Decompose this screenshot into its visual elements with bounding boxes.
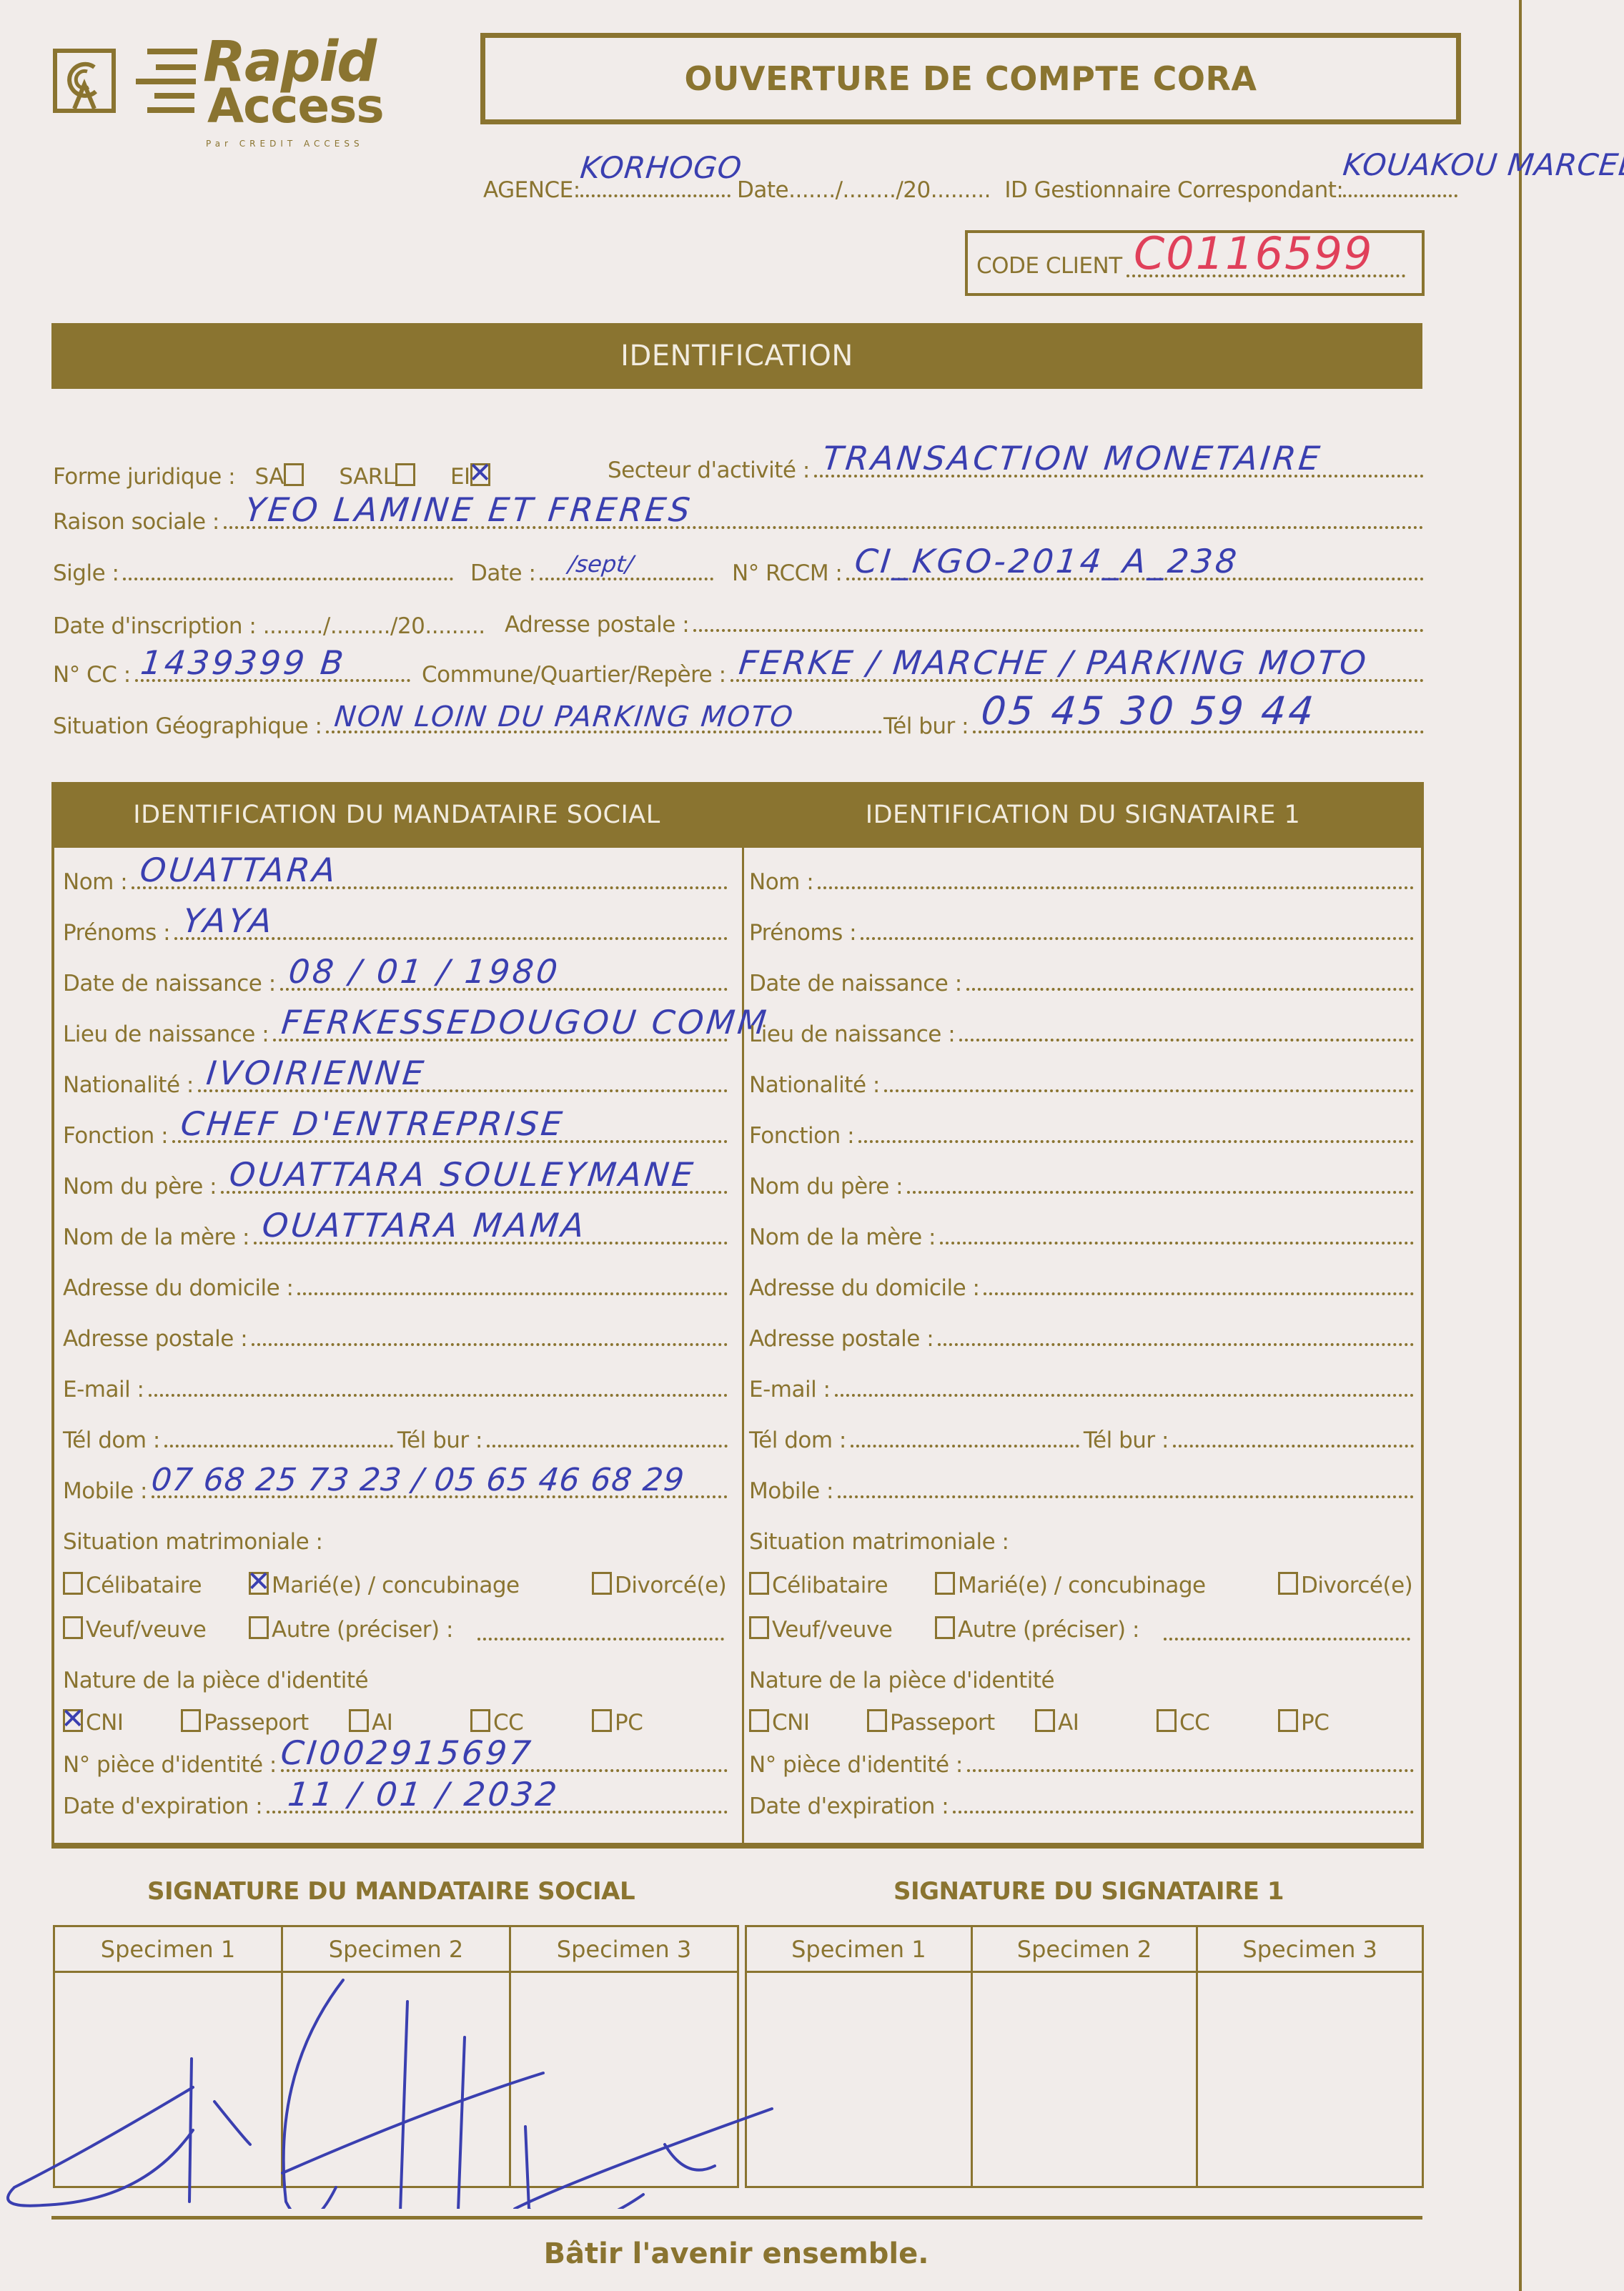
forme-juridique-label: Forme juridique : <box>53 464 235 490</box>
mandataire-field-input[interactable]: IVOIRIENNE <box>198 1089 728 1092</box>
signataire-field-input[interactable] <box>835 1394 1415 1397</box>
signataire-field-input[interactable] <box>818 886 1414 889</box>
signataire-tel-bur-field[interactable] <box>1173 1445 1414 1448</box>
mandataire-expiration-field[interactable]: 11 / 01 / 2032 <box>267 1811 728 1813</box>
mandataire-tel-dom-field[interactable] <box>164 1445 393 1448</box>
mandataire-field-row: Adresse postale : <box>63 1326 728 1352</box>
signataire-field-label: Lieu de naissance : <box>749 1021 955 1047</box>
mandataire-situation-option[interactable]: Divorcé(e) <box>592 1572 726 1598</box>
mandataire-situation-label: Situation matrimoniale : <box>63 1529 322 1555</box>
mandataire-expiration-row: Date d'expiration : 11 / 01 / 2032 <box>63 1793 728 1819</box>
signataire-num-piece-field[interactable] <box>967 1769 1414 1772</box>
signataire-field-row: Nationalité : <box>749 1072 1414 1098</box>
mandataire-situation-option[interactable]: Marié(e) / concubinage <box>249 1572 520 1598</box>
sigle-field[interactable] <box>123 578 453 580</box>
signataire-field-row: Lieu de naissance : <box>749 1021 1414 1047</box>
signature-mandataire-title: SIGNATURE DU MANDATAIRE SOCIAL <box>147 1877 635 1906</box>
signataire-num-piece-row: N° pièce d'identité : <box>749 1752 1414 1778</box>
ncc-label: N° CC : <box>53 662 131 688</box>
signataire-num-piece-label: N° pièce d'identité : <box>749 1752 963 1778</box>
adresse-postale-field[interactable] <box>693 629 1424 632</box>
forme-option-sa[interactable]: SA <box>254 464 306 490</box>
commune-value: FERKE / MARCHE / PARKING MOTO <box>737 643 1370 682</box>
signataire-situation-row-2: Veuf/veuveAutre (préciser) : <box>749 1616 1414 1645</box>
signature-strokes <box>0 1966 786 2209</box>
signataire-field-label: Fonction : <box>749 1123 854 1149</box>
signature-signataire-title: SIGNATURE DU SIGNATAIRE 1 <box>893 1877 1284 1906</box>
tel-bur-row: Tél bur : 05 45 30 59 44 <box>883 713 1424 739</box>
checkbox-icon[interactable] <box>1157 1709 1177 1732</box>
mandataire-field-input[interactable] <box>252 1343 728 1346</box>
signataire-field-row: Nom du père : <box>749 1174 1414 1199</box>
mandataire-field-row: Fonction : CHEF D'ENTREPRISE <box>63 1123 728 1149</box>
mandataire-autre-field[interactable] <box>477 1638 724 1641</box>
signataire-field-label: Nom de la mère : <box>749 1224 936 1250</box>
ncc-row: N° CC : 1439399 B <box>53 662 410 688</box>
mandataire-field-input[interactable] <box>297 1292 728 1295</box>
adresse-postale-label: Adresse postale : <box>505 612 689 638</box>
mandataire-tel-bur-field[interactable] <box>487 1445 728 1448</box>
checkbox-icon[interactable] <box>749 1616 769 1639</box>
agence-label: AGENCE: <box>483 177 580 203</box>
form-title: OUVERTURE DE COMPTE CORA <box>684 59 1257 98</box>
mandataire-field-input[interactable]: OUATTARA <box>132 886 728 889</box>
specimen-box-3[interactable] <box>1197 1972 1423 2187</box>
mandataire-title: IDENTIFICATION DU MANDATAIRE SOCIAL <box>51 782 742 848</box>
mandataire-field-value: 08 / 01 / 1980 <box>287 952 562 991</box>
signataire-tel-row: Tél dom : Tél bur : <box>749 1427 1414 1453</box>
rccm-value: CI_KGO-2014_A_238 <box>853 542 1242 580</box>
mandataire-field-value: IVOIRIENNE <box>204 1054 428 1092</box>
signataire-field-row: Date de naissance : <box>749 971 1414 996</box>
commune-label: Commune/Quartier/Repère : <box>422 662 726 688</box>
signataire-piece-row: CNIPasseportAICCPC <box>749 1709 1414 1738</box>
checkbox-icon[interactable] <box>249 1572 269 1595</box>
mandataire-field-label: Nom : <box>63 869 127 895</box>
mandataire-tel-bur-label: Tél bur : <box>397 1427 482 1453</box>
signataire-situation-label: Situation matrimoniale : <box>749 1529 1009 1555</box>
mandataire-field-value: FERKESSEDOUGOU COMM <box>279 1003 771 1041</box>
sigle-label: Sigle : <box>53 560 119 586</box>
footer-divider <box>51 2216 1422 2220</box>
mandataire-field-row: E-mail : <box>63 1377 728 1402</box>
mandataire-situation-option[interactable]: Veuf/veuve <box>63 1616 206 1643</box>
situation-geo-value: NON LOIN DU PARKING MOTO <box>333 701 796 733</box>
mandataire-field-value: OUATTARA SOULEYMANE <box>227 1155 698 1194</box>
signataire-tel-bur-label: Tél bur : <box>1084 1427 1169 1453</box>
mandataire-field-label: Adresse postale : <box>63 1326 247 1352</box>
commune-row: Commune/Quartier/Repère : FERKE / MARCHE… <box>422 662 1424 688</box>
specimen-header-1: Specimen 1 <box>746 1926 972 1972</box>
signataire-field-input[interactable] <box>984 1292 1414 1295</box>
mandataire-mobile-value: 07 68 25 73 23 / 05 65 46 68 29 <box>149 1462 686 1498</box>
date-inscription-field[interactable]: ........./........./20......... <box>263 613 485 639</box>
ncc-field[interactable]: 1439399 B <box>135 679 410 682</box>
checkbox-icon[interactable] <box>1035 1709 1055 1732</box>
mandataire-piece-option[interactable]: AI <box>349 1709 392 1736</box>
signataire-field-input[interactable] <box>884 1089 1414 1092</box>
mandataire-field-row: Lieu de naissance : FERKESSEDOUGOU COMM <box>63 1021 728 1047</box>
signataire-expiration-row: Date d'expiration : <box>749 1793 1414 1819</box>
checkbox-icon[interactable] <box>63 1572 83 1595</box>
tel-bur-value: 05 45 30 59 44 <box>979 688 1319 733</box>
signataire-situation-option[interactable]: Autre (préciser) : <box>935 1616 1139 1643</box>
mandataire-expiration-value: 11 / 01 / 2032 <box>286 1775 561 1813</box>
date-inscription-row: Date d'inscription : ........./.........… <box>53 613 485 639</box>
signataire-field-input[interactable] <box>907 1191 1414 1194</box>
signataire-expiration-field[interactable] <box>953 1811 1414 1813</box>
signataire-field-row: E-mail : <box>749 1377 1414 1402</box>
signataire-situation-row-1: CélibataireMarié(e) / concubinageDivorcé… <box>749 1572 1414 1600</box>
mandataire-field-label: Nationalité : <box>63 1072 194 1098</box>
signataire-field-label: Prénoms : <box>749 920 856 946</box>
agence-row: AGENCE:KORHOGO Date......./......../20..… <box>483 177 1457 203</box>
signataire-mobile-label: Mobile : <box>749 1478 833 1504</box>
mandataire-num-piece-field[interactable]: CI002915697 <box>281 1769 728 1772</box>
mandataire-field-row: Nom : OUATTARA <box>63 869 728 895</box>
signataire-field-input[interactable] <box>938 1343 1414 1346</box>
specimen-header-3: Specimen 3 <box>510 1926 738 1972</box>
forme-juridique-row: Forme juridique : SA SARL EI <box>53 463 493 490</box>
footer-slogan: Bâtir l'avenir ensemble. <box>0 2237 1472 2270</box>
mandataire-situation-option[interactable]: Autre (préciser) : <box>249 1616 453 1643</box>
mandataire-field-input[interactable]: 08 / 01 / 1980 <box>280 988 728 991</box>
forme-option-sarl[interactable]: SARL <box>339 464 417 490</box>
signataire-field-label: Nom du père : <box>749 1174 903 1199</box>
specimen-header-2: Specimen 2 <box>971 1926 1197 1972</box>
signataire-field-input[interactable] <box>940 1242 1414 1245</box>
signataire-piece-option[interactable]: AI <box>1035 1709 1079 1736</box>
mandataire-field-value: YAYA <box>181 901 277 940</box>
signataire-field-row: Fonction : <box>749 1123 1414 1149</box>
mandataire-field-input[interactable]: OUATTARA SOULEYMANE <box>221 1191 728 1194</box>
mandataire-field-value: OUATTARA MAMA <box>260 1206 588 1245</box>
date-field[interactable]: ......./......../20......... <box>788 177 991 203</box>
forme-option-ei[interactable]: EI <box>450 464 493 490</box>
rccm-label: N° RCCM : <box>732 560 842 586</box>
signataire-piece-option[interactable]: CC <box>1157 1709 1209 1736</box>
signataire-field-label: Nom : <box>749 869 813 895</box>
tel-bur-field[interactable]: 05 45 30 59 44 <box>973 731 1424 733</box>
checkbox-icon[interactable] <box>181 1709 201 1732</box>
secteur-field[interactable]: TRANSACTION MONETAIRE <box>814 475 1424 478</box>
signataire-tel-dom-label: Tél dom : <box>749 1427 846 1453</box>
checkbox-icon[interactable] <box>1278 1709 1298 1732</box>
column-divider <box>742 848 744 1843</box>
tel-bur-label: Tél bur : <box>883 713 969 739</box>
checkbox-sa[interactable] <box>284 463 304 486</box>
situation-geo-row: Situation Géographique : NON LOIN DU PAR… <box>53 713 882 739</box>
checkbox-ei[interactable] <box>470 463 490 486</box>
raison-sociale-label: Raison sociale : <box>53 509 219 535</box>
signataire-situation-option[interactable]: Veuf/veuve <box>749 1616 892 1643</box>
checkbox-icon[interactable] <box>349 1709 369 1732</box>
mandataire-field-input[interactable]: CHEF D'ENTREPRISE <box>172 1140 728 1143</box>
mandataire-field-row: Nom du père : OUATTARA SOULEYMANE <box>63 1174 728 1199</box>
signataire-field-input[interactable] <box>959 1039 1414 1041</box>
mandataire-num-piece-row: N° pièce d'identité : CI002915697 <box>63 1752 728 1778</box>
rccm-row: N° RCCM : CI_KGO-2014_A_238 <box>732 560 1424 586</box>
mandataire-field-value: OUATTARA <box>138 851 340 889</box>
logo-subtitle: Par CREDIT ACCESS <box>206 139 364 149</box>
signataire-field-label: E-mail : <box>749 1377 831 1402</box>
gestionnaire-label: ID Gestionnaire Correspondant: <box>1004 177 1343 203</box>
agence-field[interactable]: KORHOGO <box>580 189 731 197</box>
gestionnaire-value: KOUAKOU MARCEL <box>1342 147 1624 182</box>
signataire-field-input[interactable] <box>858 1140 1414 1143</box>
logo-text-access: Access <box>207 79 384 134</box>
mandataire-field-value: CHEF D'ENTREPRISE <box>179 1104 567 1143</box>
code-client-value: C0116599 <box>1134 227 1373 279</box>
mandataire-field-label: Nom du père : <box>63 1174 217 1199</box>
mandataire-field-label: Lieu de naissance : <box>63 1021 269 1047</box>
mandataire-field-label: Nom de la mère : <box>63 1224 249 1250</box>
secteur-label: Secteur d'activité : <box>608 457 810 483</box>
brand-logo: Rapid Access Par CREDIT ACCESS <box>51 34 409 156</box>
secteur-row: Secteur d'activité : TRANSACTION MONETAI… <box>608 457 1424 483</box>
checkbox-icon[interactable] <box>63 1616 83 1639</box>
specimen-header-3: Specimen 3 <box>1197 1926 1423 1972</box>
mandataire-field-row: Nationalité : IVOIRIENNE <box>63 1072 728 1098</box>
secteur-value: TRANSACTION MONETAIRE <box>821 439 1325 478</box>
checkbox-icon[interactable] <box>63 1709 83 1732</box>
signataire-mobile-field[interactable] <box>838 1495 1414 1498</box>
raison-sociale-row: Raison sociale : YEO LAMINE ET FRERES <box>53 509 1424 535</box>
checkbox-icon[interactable] <box>1278 1572 1298 1595</box>
checkbox-icon[interactable] <box>592 1572 612 1595</box>
mandataire-num-piece-label: N° pièce d'identité : <box>63 1752 277 1778</box>
mandataire-mobile-field[interactable]: 07 68 25 73 23 / 05 65 46 68 29 <box>152 1495 728 1498</box>
checkbox-icon[interactable] <box>935 1572 955 1595</box>
ncc-value: 1439399 B <box>139 643 348 682</box>
mandataire-field-label: E-mail : <box>63 1377 144 1402</box>
mandataire-piece-option[interactable]: PC <box>592 1709 643 1736</box>
specimen-header-1: Specimen 1 <box>54 1926 282 1972</box>
mandataire-piece-option[interactable]: CNI <box>63 1709 123 1736</box>
rccm-field[interactable]: CI_KGO-2014_A_238 <box>846 578 1424 580</box>
signataire-tel-dom-field[interactable] <box>851 1445 1079 1448</box>
mandataire-field-label: Date de naissance : <box>63 971 276 996</box>
signataire-field-label: Date de naissance : <box>749 971 962 996</box>
mandataire-situation-row-2: Veuf/veuveAutre (préciser) : <box>63 1616 728 1645</box>
mandataire-field-row: Date de naissance : 08 / 01 / 1980 <box>63 971 728 996</box>
checkbox-icon[interactable] <box>249 1616 269 1639</box>
mandataire-field-row: Nom de la mère : OUATTARA MAMA <box>63 1224 728 1250</box>
signataire-piece-option[interactable]: CNI <box>749 1709 809 1736</box>
date-field-2[interactable]: /sept/ <box>540 578 713 580</box>
mandataire-field-row: Prénoms : YAYA <box>63 920 728 946</box>
signataire-autre-field[interactable] <box>1164 1638 1410 1641</box>
adresse-postale-row: Adresse postale : <box>505 612 1424 638</box>
mandataire-field-input[interactable]: YAYA <box>174 937 728 940</box>
identification-band: IDENTIFICATION <box>51 323 1422 389</box>
signataire-situation-option[interactable]: Divorcé(e) <box>1278 1572 1412 1598</box>
situation-geo-label: Situation Géographique : <box>53 713 322 739</box>
signataire-mobile-row: Mobile : <box>749 1478 1414 1504</box>
mandataire-mobile-label: Mobile : <box>63 1478 147 1504</box>
signataire-field-label: Nationalité : <box>749 1072 880 1098</box>
signataire-situation-option[interactable]: Célibataire <box>749 1572 888 1598</box>
situation-geo-field[interactable]: NON LOIN DU PARKING MOTO <box>326 731 882 733</box>
raison-sociale-value: YEO LAMINE ET FRERES <box>243 490 695 529</box>
code-client-box: CODE CLIENT C0116599 <box>965 230 1425 296</box>
ca-monogram-icon <box>53 49 116 113</box>
date-value-2: /sept/ <box>567 550 635 578</box>
signataire-field-input[interactable] <box>966 988 1414 991</box>
checkbox-sarl[interactable] <box>395 463 415 486</box>
signataire-piece-label: Nature de la pièce d'identité <box>749 1668 1054 1693</box>
checkbox-icon[interactable] <box>592 1709 612 1732</box>
signataire-field-input[interactable] <box>861 937 1414 940</box>
mandataire-piece-option[interactable]: Passeport <box>181 1709 309 1736</box>
mandataire-mobile-row: Mobile : 07 68 25 73 23 / 05 65 46 68 29 <box>63 1478 728 1504</box>
sigle-row: Sigle : <box>53 560 453 586</box>
mandataire-expiration-label: Date d'expiration : <box>63 1793 262 1819</box>
signataire-title: IDENTIFICATION DU SIGNATAIRE 1 <box>742 782 1424 848</box>
date-label: Date <box>737 177 788 203</box>
specimen-box-2[interactable] <box>971 1972 1197 2187</box>
date-inscription-label: Date d'inscription : <box>53 613 256 639</box>
page-margin-line <box>1519 0 1522 2291</box>
mandataire-situation-row-1: CélibataireMarié(e) / concubinageDivorcé… <box>63 1572 728 1600</box>
signataire-field-row: Nom de la mère : <box>749 1224 1414 1250</box>
raison-sociale-field[interactable]: YEO LAMINE ET FRERES <box>224 526 1424 529</box>
signataire-piece-option[interactable]: PC <box>1278 1709 1329 1736</box>
checkbox-icon[interactable] <box>470 1709 490 1732</box>
specimen-table-signataire: Specimen 1 Specimen 2 Specimen 3 <box>745 1925 1424 2188</box>
mandataire-field-row: Adresse du domicile : <box>63 1275 728 1301</box>
code-client-label: CODE CLIENT <box>976 253 1122 279</box>
identification-title: IDENTIFICATION <box>620 340 853 372</box>
signataire-situation-option[interactable]: Marié(e) / concubinage <box>935 1572 1206 1598</box>
signataire-field-label: Adresse postale : <box>749 1326 934 1352</box>
mandataire-field-input[interactable]: FERKESSEDOUGOU COMM <box>273 1039 728 1041</box>
date-row: Date : /sept/ <box>470 560 713 586</box>
gestionnaire-field[interactable]: KOUAKOU MARCEL <box>1343 189 1457 197</box>
date-label-2: Date : <box>470 560 535 586</box>
mandataire-field-label: Fonction : <box>63 1123 168 1149</box>
checkbox-icon[interactable] <box>867 1709 887 1732</box>
mandataire-piece-option[interactable]: CC <box>470 1709 523 1736</box>
signataire-piece-option[interactable]: Passeport <box>867 1709 995 1736</box>
mandataire-field-input[interactable]: OUATTARA MAMA <box>254 1242 728 1245</box>
mandataire-tel-dom-label: Tél dom : <box>63 1427 160 1453</box>
checkbox-icon[interactable] <box>749 1709 769 1732</box>
agence-value: KORHOGO <box>578 150 743 185</box>
signataire-field-row: Adresse postale : <box>749 1326 1414 1352</box>
mandataire-field-label: Adresse du domicile : <box>63 1275 293 1301</box>
mandataire-field-input[interactable] <box>149 1394 728 1397</box>
signataire-expiration-label: Date d'expiration : <box>749 1793 949 1819</box>
signataire-field-row: Prénoms : <box>749 920 1414 946</box>
checkbox-icon[interactable] <box>749 1572 769 1595</box>
signataire-field-row: Adresse du domicile : <box>749 1275 1414 1301</box>
checkbox-icon[interactable] <box>935 1616 955 1639</box>
mandataire-num-piece-value: CI002915697 <box>279 1733 535 1772</box>
signataire-field-row: Nom : <box>749 869 1414 895</box>
identification-columns-band: IDENTIFICATION DU MANDATAIRE SOCIAL IDEN… <box>51 782 1424 848</box>
commune-field[interactable]: FERKE / MARCHE / PARKING MOTO <box>731 679 1424 682</box>
specimen-header-2: Specimen 2 <box>282 1926 510 1972</box>
mandataire-situation-option[interactable]: Célibataire <box>63 1572 202 1598</box>
mandataire-piece-label: Nature de la pièce d'identité <box>63 1668 368 1693</box>
mandataire-tel-row: Tél dom : Tél bur : <box>63 1427 728 1453</box>
signataire-field-label: Adresse du domicile : <box>749 1275 979 1301</box>
mandataire-field-label: Prénoms : <box>63 920 170 946</box>
form-title-box: OUVERTURE DE COMPTE CORA <box>480 33 1461 124</box>
speed-lines-icon <box>136 49 200 120</box>
